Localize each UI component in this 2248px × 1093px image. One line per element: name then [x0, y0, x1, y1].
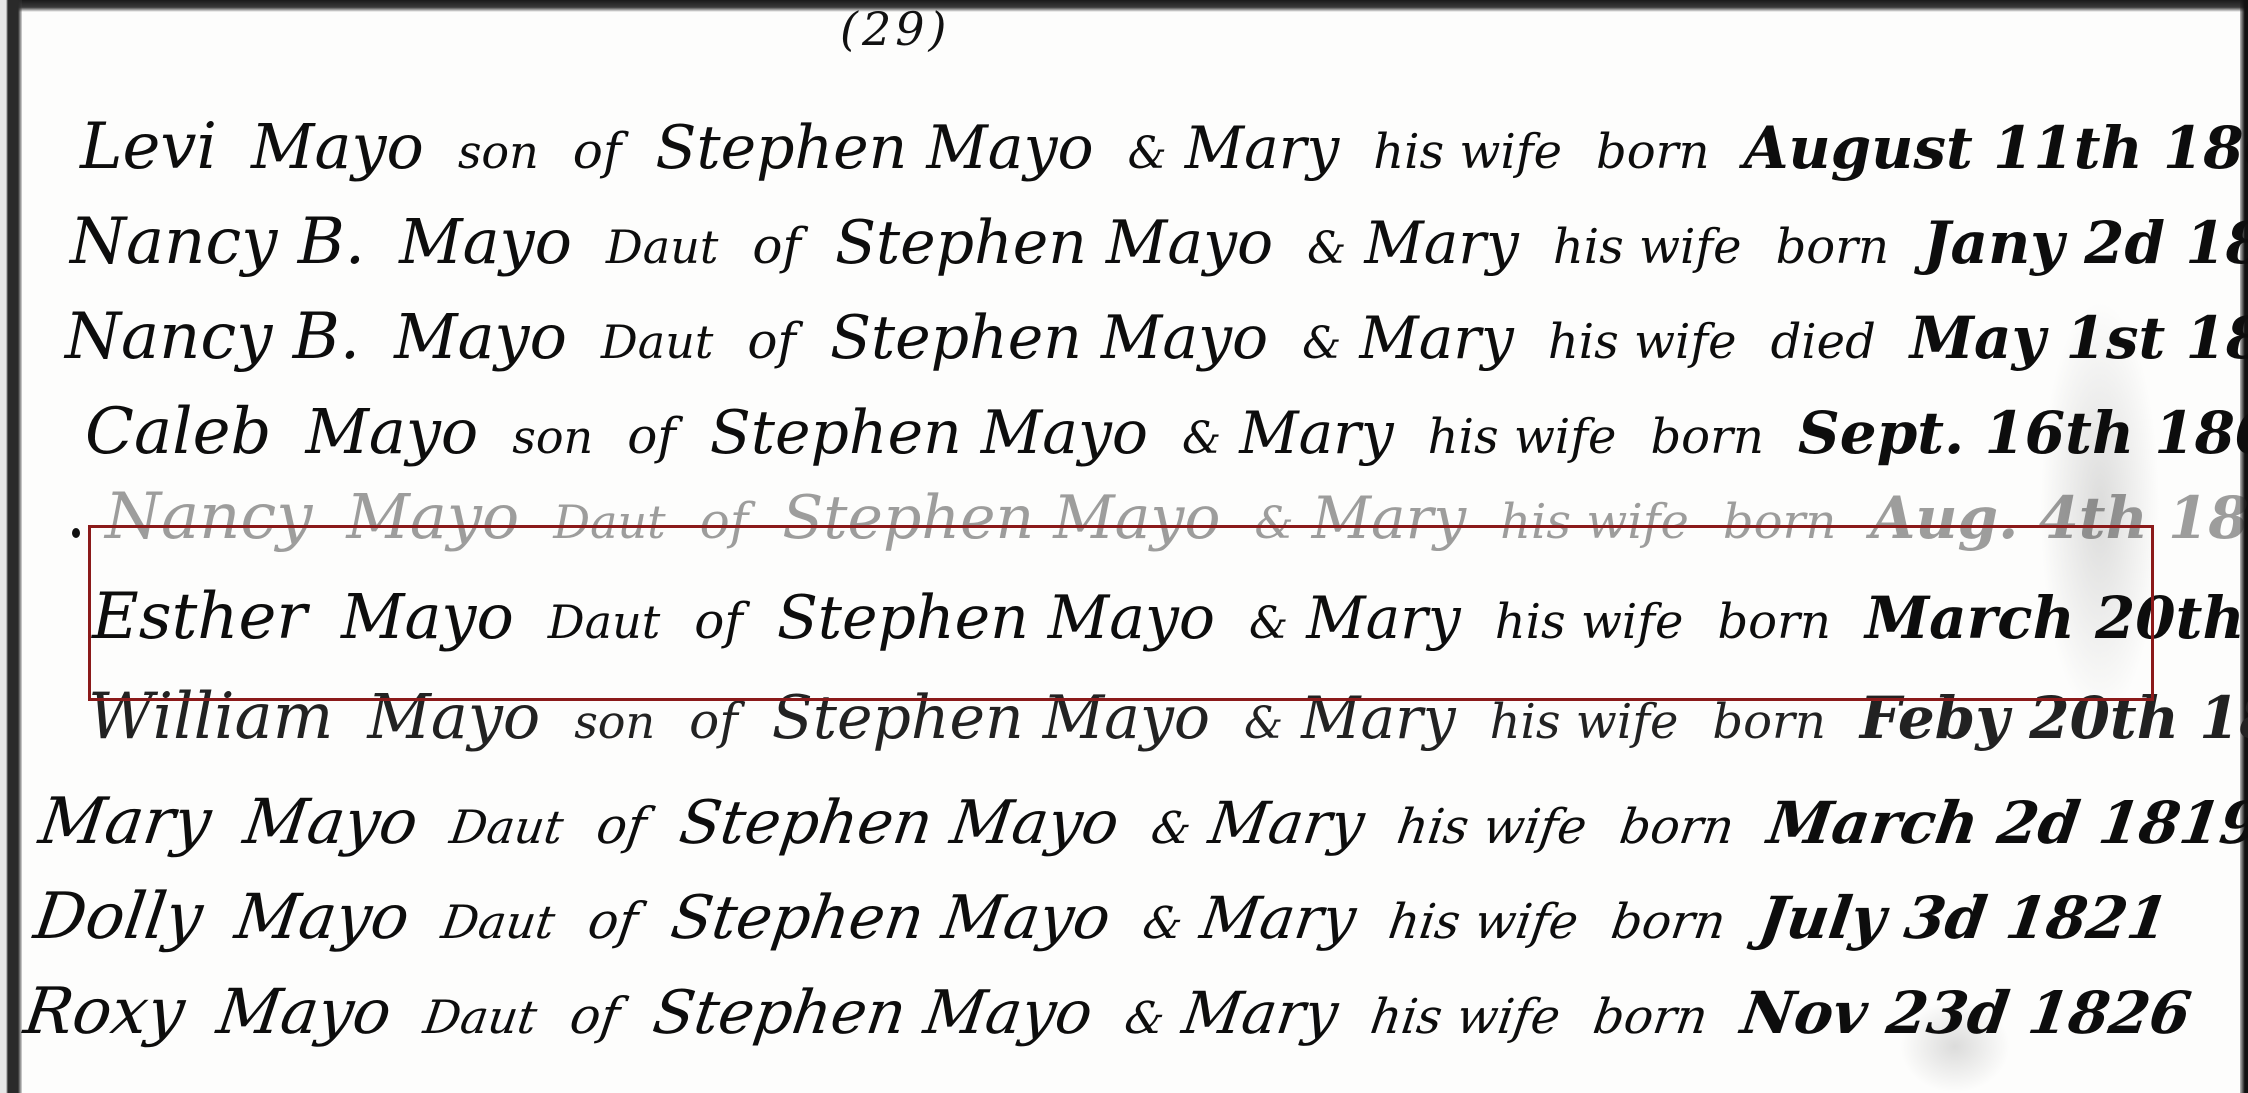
- entry-surname: Mayo: [239, 785, 422, 858]
- entry-of: of: [593, 797, 650, 855]
- entry-his-wife: his wife: [1548, 314, 1737, 370]
- entry-relation: Daut: [438, 895, 558, 949]
- entry-of: of: [567, 987, 624, 1045]
- entry-father: Stephen Mayo: [710, 398, 1148, 468]
- entry-surname: Mayo: [305, 395, 478, 468]
- entry-relation: Daut: [420, 990, 540, 1044]
- entry-name: Nancy B.: [65, 300, 360, 374]
- entry-father: Stephen Mayo: [675, 788, 1123, 858]
- entry-ampersand: &: [1128, 128, 1167, 179]
- entry-relation: Daut: [606, 220, 718, 274]
- entry-name: Mary: [35, 785, 216, 859]
- register-entry: Mary Mayo Daut of Stephen Mayo & Mary hi…: [35, 785, 2248, 859]
- entry-his-wife: his wife: [1428, 409, 1617, 465]
- entry-father: Stephen Mayo: [649, 978, 1097, 1048]
- entry-ampersand: &: [1148, 803, 1194, 854]
- entry-of: of: [752, 217, 801, 275]
- entry-name: Roxy: [20, 975, 189, 1049]
- entry-surname: Mayo: [231, 880, 414, 953]
- register-entry: Caleb Mayo son of Stephen Mayo & Mary hi…: [85, 395, 2248, 469]
- entry-name: Dolly: [30, 880, 207, 954]
- entry-ampersand: &: [1140, 898, 1186, 949]
- entry-of: of: [585, 892, 642, 950]
- register-entry: Levi Mayo son of Stephen Mayo & Mary his…: [80, 110, 2248, 184]
- entry-event: born: [1776, 219, 1889, 275]
- entry-name: Nancy B.: [70, 205, 365, 279]
- entry-father: Stephen Mayo: [667, 883, 1115, 953]
- entry-event: born: [1616, 799, 1737, 855]
- entry-date: Sept. 16th 1808-: [1798, 399, 2248, 467]
- entry-mother: Mary: [1196, 884, 1360, 952]
- entry-relation: Daut: [601, 315, 713, 369]
- entry-event: died: [1771, 314, 1876, 370]
- entry-event: born: [1608, 894, 1729, 950]
- entry-date: Nov 23d 1826: [1737, 979, 2195, 1047]
- entry-date: August 11th 1804-: [1743, 114, 2248, 182]
- entry-surname: Mayo: [399, 205, 572, 278]
- entry-of: of: [627, 407, 676, 465]
- entry-ampersand: &: [1122, 993, 1168, 1044]
- entry-his-wife: his wife: [1385, 894, 1582, 950]
- register-entry: Dolly Mayo Daut of Stephen Mayo & Mary h…: [30, 880, 2207, 954]
- entry-mother: Mary: [1185, 114, 1339, 182]
- entry-surname: Mayo: [251, 110, 424, 183]
- entry-name: Caleb: [85, 395, 271, 469]
- entry-his-wife: his wife: [1373, 124, 1562, 180]
- ink-dot: [72, 528, 80, 538]
- register-page: (29) Levi Mayo son of Stephen Mayo & Mar…: [0, 0, 2248, 1093]
- entry-father: Stephen Mayo: [655, 113, 1093, 183]
- entry-his-wife: his wife: [1553, 219, 1742, 275]
- entry-date: May 1st 1809-: [1910, 304, 2248, 372]
- entry-event: born: [1590, 989, 1711, 1045]
- entry-ampersand: &: [1307, 223, 1346, 274]
- entry-mother: Mary: [1364, 209, 1518, 277]
- entry-his-wife: his wife: [1490, 694, 1679, 750]
- entry-date: March 2d 1819: [1763, 789, 2248, 857]
- entry-relation: son: [512, 410, 593, 464]
- highlight-box: [88, 525, 2154, 701]
- entry-date: July 3d 1821: [1755, 884, 2173, 952]
- entry-date: Jany 2d 1807-: [1923, 209, 2248, 277]
- entry-ampersand: &: [1302, 318, 1341, 369]
- entry-relation: Daut: [447, 800, 567, 854]
- entry-father: Stephen Mayo: [835, 208, 1273, 278]
- entry-ampersand: &: [1182, 413, 1221, 464]
- entry-name: Levi: [80, 110, 217, 184]
- entry-surname: Mayo: [213, 975, 396, 1048]
- entry-event: born: [1712, 694, 1825, 750]
- entry-event: born: [1596, 124, 1709, 180]
- entry-mother: Mary: [1239, 399, 1393, 467]
- register-entry: Nancy B. Mayo Daut of Stephen Mayo & Mar…: [70, 205, 2248, 279]
- entry-his-wife: his wife: [1367, 989, 1564, 1045]
- entry-event: born: [1650, 409, 1763, 465]
- entry-mother: Mary: [1178, 979, 1342, 1047]
- entry-of: of: [573, 122, 622, 180]
- entry-relation: son: [574, 695, 655, 749]
- entry-his-wife: his wife: [1394, 799, 1591, 855]
- register-entry: Roxy Mayo Daut of Stephen Mayo & Mary hi…: [20, 975, 2230, 1049]
- entry-relation: son: [458, 125, 539, 179]
- register-entry: Nancy B. Mayo Daut of Stephen Mayo & Mar…: [65, 300, 2248, 374]
- entry-surname: Mayo: [394, 300, 567, 373]
- entry-father: Stephen Mayo: [830, 303, 1268, 373]
- entry-of: of: [747, 312, 796, 370]
- entry-mother: Mary: [1205, 789, 1369, 857]
- entry-mother: Mary: [1359, 304, 1513, 372]
- entry-ampersand: &: [1244, 698, 1283, 749]
